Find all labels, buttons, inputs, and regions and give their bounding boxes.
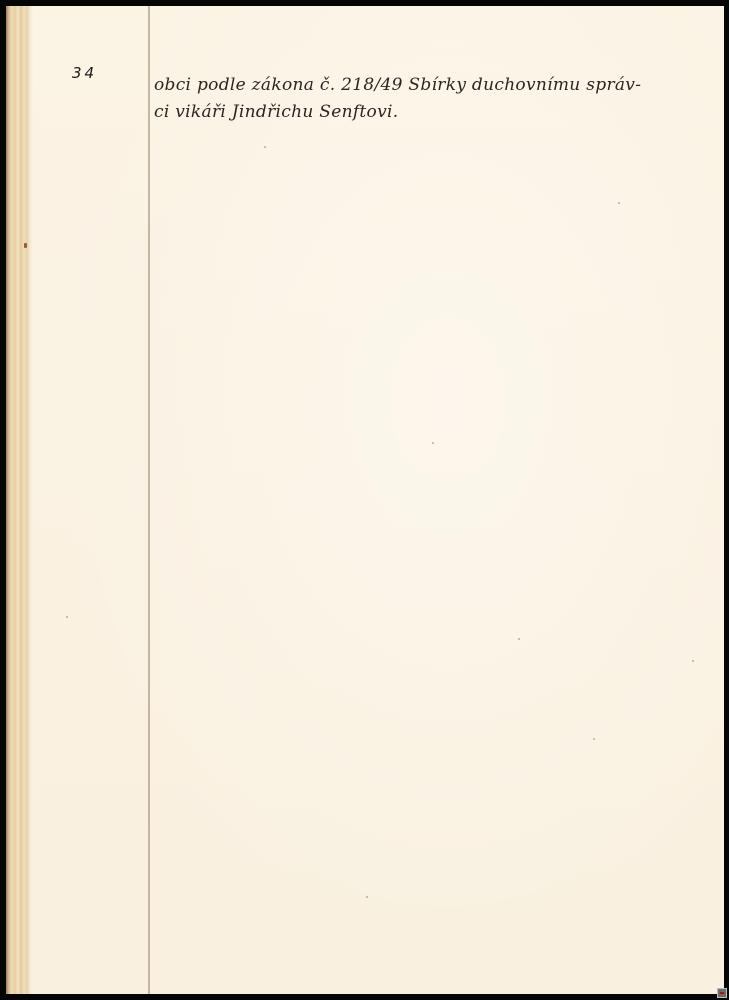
document-page: 34 obci podle zákona č. 218/49 Sbírky du… (6, 6, 724, 994)
paper-speck (518, 638, 520, 640)
paper-speck (593, 738, 595, 740)
paper-speck (66, 616, 68, 618)
page-binding-edge (6, 6, 33, 994)
handwritten-entry: obci podle zákona č. 218/49 Sbírky ducho… (154, 72, 714, 126)
paper-speck (366, 896, 368, 898)
handwritten-line-2: ci vikáři Jindřichu Senftovi. (154, 99, 714, 126)
scan-frame: 34 obci podle zákona č. 218/49 Sbírky du… (0, 0, 729, 1000)
paper-speck (432, 442, 434, 444)
handwritten-line-1: obci podle zákona č. 218/49 Sbírky ducho… (154, 72, 714, 99)
margin-rule-line (148, 6, 150, 994)
paper-speck (618, 202, 620, 204)
entry-number: 34 (72, 64, 97, 82)
paper-speck (692, 660, 694, 662)
stain-mark (24, 243, 27, 248)
minimize-icon[interactable] (717, 988, 727, 998)
paper-speck (264, 146, 266, 148)
paper-background (33, 6, 724, 994)
